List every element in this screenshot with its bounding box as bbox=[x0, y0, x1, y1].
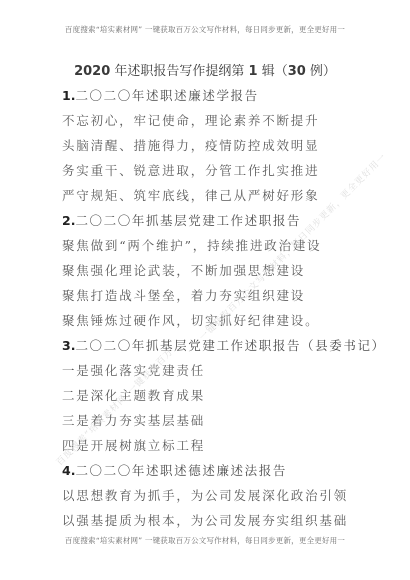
section-heading-4: 4.二〇二〇年述职述德述廉述法报告 bbox=[62, 461, 386, 486]
section-heading-1: 1.二〇二〇年述职述廉述学报告 bbox=[62, 86, 386, 111]
title-text-1: 年述职报告写作提纲第 bbox=[110, 64, 248, 79]
title-text-2: 辑（ bbox=[258, 64, 288, 79]
section-3-line-3: 三是着力夯实基层基础 bbox=[62, 411, 386, 436]
section-2-line-3: 聚焦打造战斗堡垒，着力夯实组织建设 bbox=[62, 286, 386, 311]
section-3-line-2: 二是深化主题教育成果 bbox=[62, 386, 386, 411]
top-banner-watermark: 百度搜索“培实素材网” 一键获取百万公文写作材料，每日同步更新，更全更好用一 bbox=[0, 24, 410, 35]
section-1-line-4: 严守规矩、筑牢底线，律己从严树好形象 bbox=[62, 186, 386, 211]
section-2-line-4: 聚焦锤炼过硬作风，切实抓好纪律建设。 bbox=[62, 311, 386, 336]
section-heading-text: 二〇二〇年述职述廉述学报告 bbox=[75, 88, 258, 103]
section-heading-text: 二〇二〇年述职述德述廉述法报告 bbox=[75, 463, 287, 478]
section-1-line-2: 头脑清醒、措施得力，疫情防控成效明显 bbox=[62, 136, 386, 161]
document-title: 2020 年述职报告写作提纲第 1 辑（30 例） bbox=[0, 60, 410, 79]
document-body: 1.二〇二〇年述职述廉述学报告 不忘初心，牢记使命，理论素养不断提升 头脑清醒、… bbox=[62, 86, 386, 536]
title-text-3: 例） bbox=[306, 64, 336, 79]
title-year: 2020 bbox=[74, 64, 110, 79]
section-heading-2: 2.二〇二〇年抓基层党建工作述职报告 bbox=[62, 211, 386, 236]
section-2-line-1: 聚焦做到“两个维护”，持续推进政治建设 bbox=[62, 236, 386, 261]
title-issue-number: 1 bbox=[249, 64, 258, 79]
section-4-line-1: 以思想教育为抓手，为公司发展深化政治引领 bbox=[62, 486, 386, 511]
section-heading-text: 二〇二〇年抓基层党建工作述职报告（县委书记） bbox=[75, 338, 385, 353]
section-1-line-1: 不忘初心，牢记使命，理论素养不断提升 bbox=[62, 111, 386, 136]
section-3-line-4: 四是开展树旗立标工程 bbox=[62, 436, 386, 461]
section-2-line-2: 聚焦强化理论武装，不断加强思想建设 bbox=[62, 261, 386, 286]
section-index: 1. bbox=[62, 88, 75, 103]
title-count: 30 bbox=[288, 64, 306, 79]
section-4-line-2: 以强基提质为根本，为公司发展夯实组织基础 bbox=[62, 511, 386, 536]
bottom-banner-watermark: 百度搜索“培实素材网” 一键获取百万公文写作材料，每日同步更新，更全更好用一 bbox=[0, 535, 410, 546]
section-1-line-3: 务实重干、锐意进取，分管工作扎实推进 bbox=[62, 161, 386, 186]
section-heading-3: 3.二〇二〇年抓基层党建工作述职报告（县委书记） bbox=[62, 336, 386, 361]
section-heading-text: 二〇二〇年抓基层党建工作述职报告 bbox=[75, 213, 301, 228]
section-index: 3. bbox=[62, 338, 75, 353]
section-index: 4. bbox=[62, 463, 75, 478]
section-3-line-1: 一是强化落实党建责任 bbox=[62, 361, 386, 386]
section-index: 2. bbox=[62, 213, 75, 228]
